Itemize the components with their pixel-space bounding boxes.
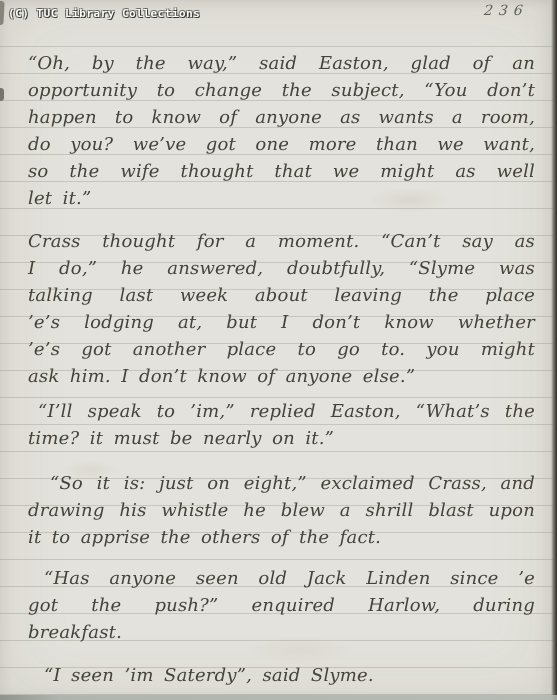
page-edge-right — [551, 0, 557, 700]
handwritten-line: opportunity to change the subject, “You … — [28, 77, 535, 104]
handwritten-line: got the push?” enquired Harlow, during — [28, 592, 535, 619]
handwritten-line: do you? we’ve got one more than we want, — [28, 131, 535, 158]
paragraph: “I seen ’im Saterdy”, said Slyme. — [28, 662, 535, 689]
manuscript-page: (C) TUC Library Collections 236 “Oh, by … — [0, 0, 557, 700]
handwritten-line: “Has anyone seen old Jack Linden since ’… — [28, 565, 535, 592]
watermark-label: (C) TUC Library Collections — [8, 7, 200, 20]
manuscript-body: “Oh, by the way,” said Easton, glad of a… — [28, 50, 535, 689]
handwritten-line: happen to know of anyone as wants a room… — [28, 104, 535, 131]
handwritten-line: “I’ll speak to ’im,” replied Easton, “Wh… — [28, 398, 535, 425]
paragraph: “I’ll speak to ’im,” replied Easton, “Wh… — [28, 398, 535, 452]
handwritten-line: ask him. I don’t know of anyone else.” — [28, 363, 535, 390]
handwritten-line: it to apprise the others of the fact. — [28, 524, 535, 551]
scan-artifact-left-edge — [0, 88, 4, 101]
paragraph: Crass thought for a moment. “Can’t say a… — [28, 228, 535, 390]
handwritten-line: ’e’s got another place to go to. you mig… — [28, 336, 535, 363]
handwritten-line: let it.” — [28, 185, 535, 212]
handwritten-line: “Oh, by the way,” said Easton, glad of a… — [28, 50, 535, 77]
handwritten-line: “So it is: just on eight,” exclaimed Cra… — [28, 470, 535, 497]
scan-artifact-top-left — [0, 1, 5, 25]
page-edge-bottom — [0, 695, 557, 700]
handwritten-line: so the wife thought that we might as wel… — [28, 158, 535, 185]
handwritten-line: ’e’s lodging at, but I don’t know whethe… — [28, 309, 535, 336]
handwritten-line: I do,” he answered, doubtfully, “Slyme w… — [28, 255, 535, 282]
handwritten-line: drawing his whistle he blew a shrill bla… — [28, 497, 535, 524]
handwritten-line: breakfast. — [28, 619, 535, 646]
handwritten-line: Crass thought for a moment. “Can’t say a… — [28, 228, 535, 255]
handwritten-line: talking last week about leaving the plac… — [28, 282, 535, 309]
paragraph: “Has anyone seen old Jack Linden since ’… — [28, 565, 535, 646]
handwritten-line: “I seen ’im Saterdy”, said Slyme. — [28, 662, 535, 689]
paragraph: “Oh, by the way,” said Easton, glad of a… — [28, 50, 535, 212]
handwritten-line: time? it must be nearly on it.” — [28, 425, 535, 452]
paragraph: “So it is: just on eight,” exclaimed Cra… — [28, 470, 535, 551]
page-number: 236 — [483, 3, 529, 19]
